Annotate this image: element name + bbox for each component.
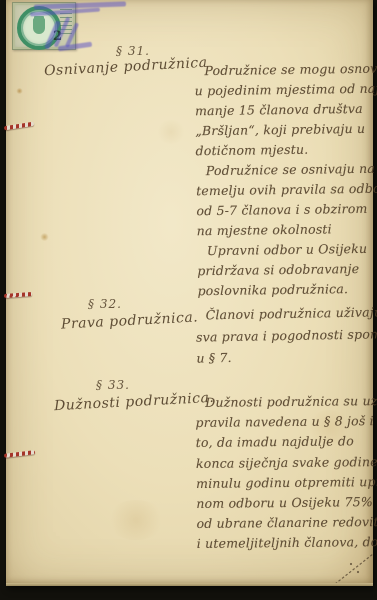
foxing-stain	[40, 233, 49, 241]
section-title-32: Prava podružnica.	[61, 309, 199, 332]
manuscript-line: od 5-7 članova i s obzirom	[196, 199, 376, 222]
section-number-31: § 31.	[116, 44, 150, 58]
manuscript-line: pravila navedena u § 8 još i	[195, 411, 375, 433]
manuscript-line: poslovnika podružnica.	[197, 279, 377, 302]
manuscript-line: konca siječnja svake godine za	[196, 452, 376, 474]
foxing-stain	[156, 120, 186, 144]
manuscript-line: na mjestne okolnosti	[197, 219, 377, 242]
section-body-33: Dužnosti podružnica su uz pravila navede…	[195, 391, 377, 555]
manuscript-line: minulu godinu otpremiti uprav-	[196, 472, 376, 494]
manuscript-line: pridržava si odobravanje	[197, 259, 377, 282]
manuscript-line: Podružnice se mogu osnovat	[194, 59, 374, 82]
manuscript-line: Upravni odbor u Osijeku	[197, 239, 377, 262]
foxing-stain	[106, 500, 166, 540]
manuscript-line: od ubrane članarine redovitih	[196, 512, 376, 534]
manuscript-line: nom odboru u Osijeku 75%	[196, 492, 376, 514]
manuscript-line: Članovi podružnica uživaju	[195, 301, 375, 326]
manuscript-line: sva prava i pogodnosti spomenute	[196, 323, 376, 348]
manuscript-line: dotičnom mjestu.	[195, 139, 375, 162]
section-number-33: § 33.	[96, 378, 130, 392]
coat-of-arms-icon	[33, 18, 45, 34]
section-number-32: § 32.	[88, 297, 122, 311]
manuscript-line: Podružnice se osnivaju na	[196, 159, 376, 182]
manuscript-line: u pojedinim mjestima od naj-	[195, 79, 375, 102]
page-edge	[6, 583, 373, 586]
section-title-31: Osnivanje podružnica	[44, 55, 208, 80]
manuscript-line: manje 15 članova društva	[195, 99, 375, 122]
manuscript-line: u § 7.	[196, 344, 376, 369]
foxing-stain	[16, 88, 23, 94]
section-body-32: Članovi podružnica uživaju sva prava i p…	[195, 301, 376, 369]
manuscript-line: „Bršljan“, koji prebivaju u	[195, 119, 375, 142]
manuscript-page: 2 § 31. Osnivanje podružnica § 32. Prava…	[6, 0, 373, 586]
scanned-manuscript-page: { "stamp": { "denomination": "2" }, "sec…	[0, 0, 377, 600]
binding-cord	[4, 292, 32, 298]
manuscript-line: temelju ovih pravila sa odborom	[196, 179, 376, 202]
section-body-31: Podružnice se mogu osnovat u pojedinim m…	[194, 59, 377, 301]
manuscript-line: Dužnosti podružnica su uz	[195, 391, 375, 413]
binding-cord	[4, 122, 34, 131]
section-title-33: Dužnosti podružnica.	[54, 390, 215, 414]
manuscript-line: to, da imadu najdulje do	[196, 431, 376, 453]
binding-cord	[4, 450, 35, 458]
